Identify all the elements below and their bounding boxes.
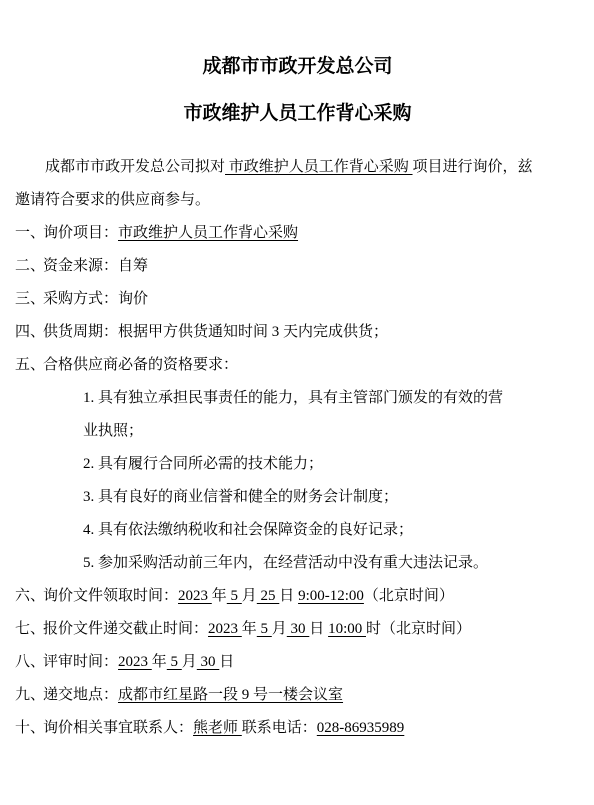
underlined-month: 5	[227, 588, 242, 604]
item-procurement-method: 三、采购方式：询价	[15, 283, 580, 316]
underlined-year: 2023	[178, 588, 212, 604]
underlined-contact-name: 熊老师	[193, 720, 242, 736]
item-contact: 十、询价相关事宜联系人：熊老师 联系电话：028-86935989	[15, 712, 580, 745]
item-label: 询价相关事宜联系人：	[43, 720, 193, 736]
intro-paragraph: 成都市市政开发总公司拟对 市政维护人员工作背心采购 项目进行询价，兹 邀请符合要…	[15, 151, 580, 217]
item-text: 月	[272, 621, 287, 637]
underlined-project-name: 市政维护人员工作背心采购	[118, 225, 298, 241]
sub-item-qualification-2: 2. 具有履行合同所必需的技术能力；	[83, 448, 580, 481]
item-text: 时（北京时间）	[366, 621, 471, 637]
document-title: 成都市市政开发总公司	[15, 54, 580, 80]
intro-text: 成都市市政开发总公司拟对	[45, 159, 225, 175]
item-text: 合格供应商必备的资格要求：	[43, 357, 238, 373]
sub-item-qualification-1: 1. 具有独立承担民事责任的能力，具有主管部门颁发的有效的营 业执照；	[83, 382, 580, 448]
item-marker: 六、	[15, 580, 43, 613]
item-content: 资金来源：自筹	[43, 250, 580, 283]
item-supply-period: 四、供货周期：根据甲方供货通知时间 3 天内完成供货；	[15, 316, 580, 349]
sub-item-qualification-5: 5. 参加采购活动前三年内，在经营活动中没有重大违法记录。	[83, 547, 580, 580]
item-marker: 十、	[15, 712, 43, 745]
item-submission-location: 九、递交地点：成都市红星路一段 9 号一楼会议室	[15, 679, 580, 712]
item-marker: 三、	[15, 283, 43, 316]
item-text: 年	[212, 588, 227, 604]
item-label: 询价文件领取时间：	[43, 588, 178, 604]
item-content: 询价文件领取时间：2023 年 5 月 25 日 9:00-12:00（北京时间…	[43, 580, 580, 613]
item-submission-deadline: 七、报价文件递交截止时间：2023 年 5 月 30 日 10:00 时（北京时…	[15, 613, 580, 646]
item-marker: 九、	[15, 679, 43, 712]
item-marker: 四、	[15, 316, 43, 349]
underlined-day: 30	[287, 621, 310, 637]
item-content: 询价项目：市政维护人员工作背心采购	[43, 217, 580, 250]
item-text: 年	[152, 654, 167, 670]
item-label: 评审时间：	[43, 654, 118, 670]
item-qualification-requirements: 五、合格供应商必备的资格要求：	[15, 349, 580, 382]
sub-item-qualification-4: 4. 具有依法缴纳税收和社会保障资金的良好记录；	[83, 514, 580, 547]
item-text: 年	[242, 621, 257, 637]
underlined-year: 2023	[118, 654, 152, 670]
item-review-time: 八、评审时间：2023 年 5 月 30 日	[15, 646, 580, 679]
item-label: 询价项目：	[43, 225, 118, 241]
underlined-time: 10:00	[328, 621, 366, 637]
item-text: 日	[309, 621, 328, 637]
item-content: 供货周期：根据甲方供货通知时间 3 天内完成供货；	[43, 316, 580, 349]
sub-item-qualification-3: 3. 具有良好的商业信誉和健全的财务会计制度；	[83, 481, 580, 514]
item-content: 采购方式：询价	[43, 283, 580, 316]
procurement-notice-document: 成都市市政开发总公司 市政维护人员工作背心采购 成都市市政开发总公司拟对 市政维…	[0, 0, 594, 805]
item-inquiry-project: 一、询价项目：市政维护人员工作背心采购	[15, 217, 580, 250]
underlined-month: 5	[167, 654, 182, 670]
item-text: （北京时间）	[364, 588, 454, 604]
underlined-phone-number: 028-86935989	[317, 720, 405, 736]
item-text: 日	[279, 588, 298, 604]
underlined-day: 25	[257, 588, 280, 604]
item-label: 递交地点：	[43, 687, 118, 703]
item-text: 资金来源：自筹	[43, 258, 148, 274]
item-text: 联系电话：	[242, 720, 317, 736]
item-content: 询价相关事宜联系人：熊老师 联系电话：028-86935989	[43, 712, 580, 745]
item-content: 递交地点：成都市红星路一段 9 号一楼会议室	[43, 679, 580, 712]
item-marker: 五、	[15, 349, 43, 382]
item-text: 供货周期：根据甲方供货通知时间 3 天内完成供货；	[43, 324, 388, 340]
item-marker: 一、	[15, 217, 43, 250]
item-document-collection-time: 六、询价文件领取时间：2023 年 5 月 25 日 9:00-12:00（北京…	[15, 580, 580, 613]
document-subtitle: 市政维护人员工作背心采购	[15, 101, 580, 127]
underlined-time-range: 9:00-12:00	[298, 588, 364, 604]
underlined-month: 5	[257, 621, 272, 637]
item-funding-source: 二、资金来源：自筹	[15, 250, 580, 283]
document-body: 成都市市政开发总公司拟对 市政维护人员工作背心采购 项目进行询价，兹 邀请符合要…	[15, 151, 580, 745]
item-marker: 二、	[15, 250, 43, 283]
item-text: 月	[182, 654, 197, 670]
item-label: 报价文件递交截止时间：	[43, 621, 208, 637]
underlined-day: 30	[197, 654, 220, 670]
item-text: 月	[242, 588, 257, 604]
item-text: 日	[219, 654, 234, 670]
item-content: 合格供应商必备的资格要求：	[43, 349, 580, 382]
item-content: 报价文件递交截止时间：2023 年 5 月 30 日 10:00 时（北京时间）	[43, 613, 580, 646]
item-content: 评审时间：2023 年 5 月 30 日	[43, 646, 580, 679]
item-marker: 七、	[15, 613, 43, 646]
underlined-year: 2023	[208, 621, 242, 637]
intro-underlined-project-name: 市政维护人员工作背心采购	[225, 159, 413, 175]
underlined-address: 成都市红星路一段 9 号一楼会议室	[118, 687, 343, 703]
item-marker: 八、	[15, 646, 43, 679]
item-text: 采购方式：询价	[43, 291, 148, 307]
